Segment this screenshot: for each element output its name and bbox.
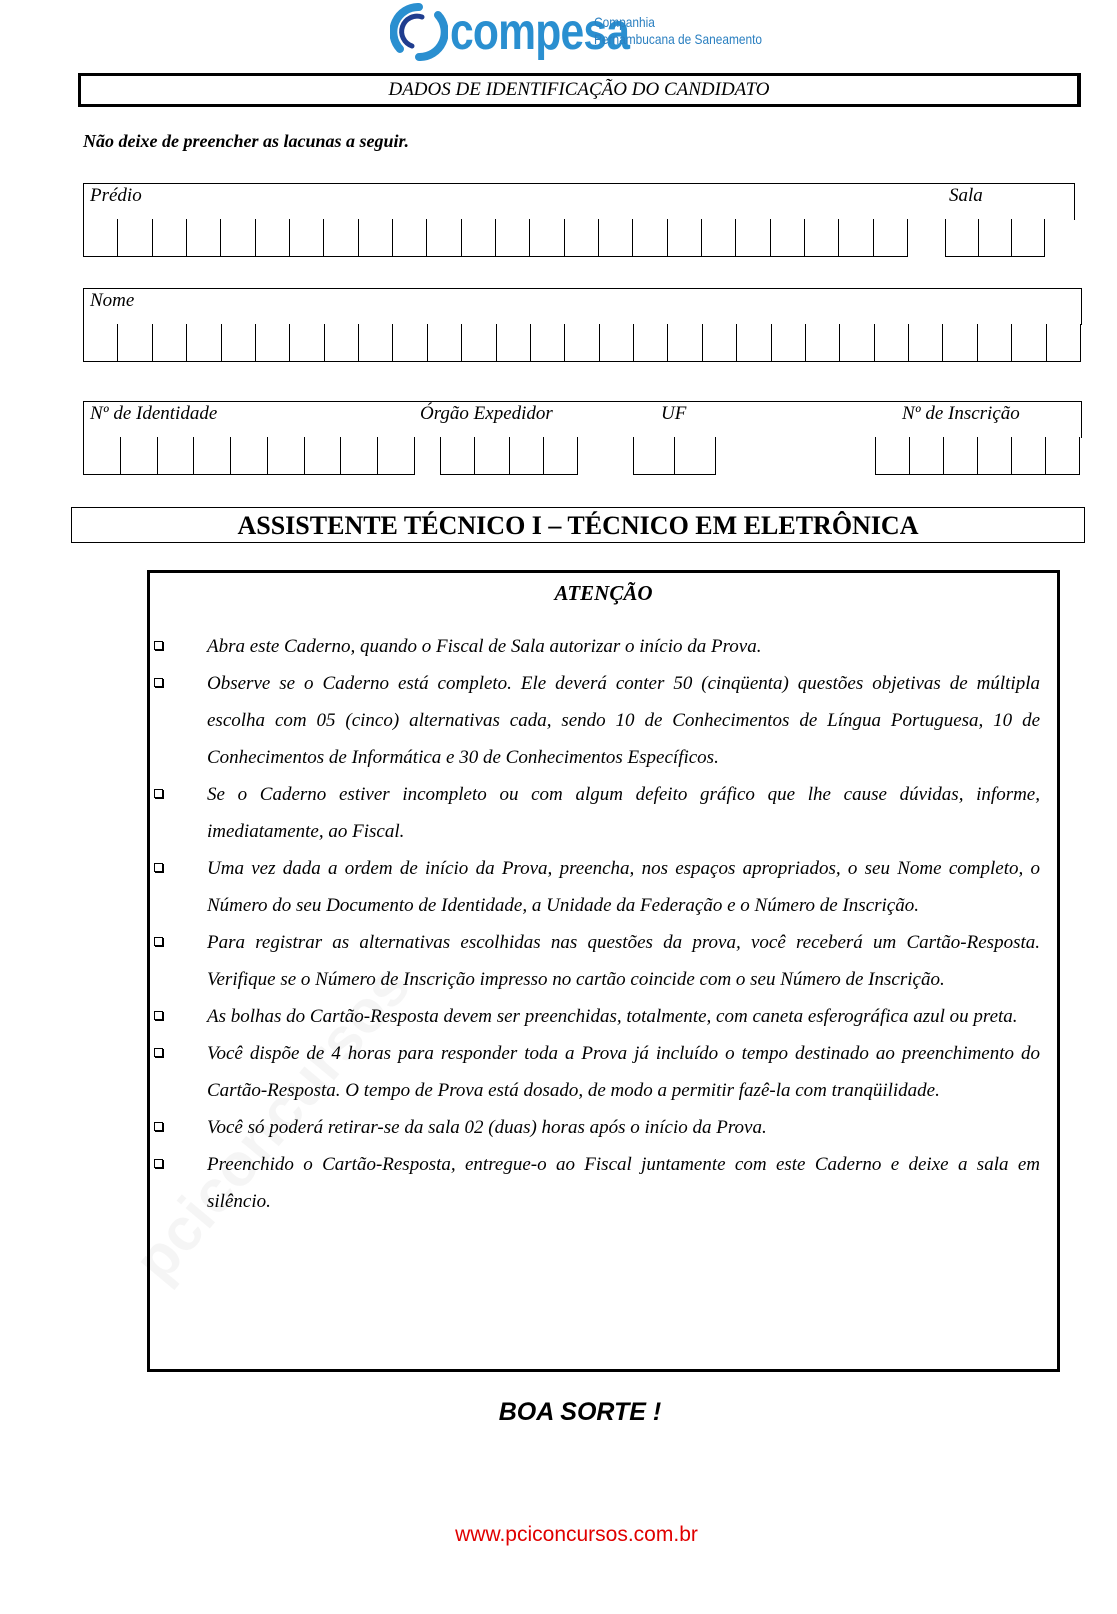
character-cell[interactable] — [942, 324, 976, 361]
orgao-input[interactable] — [440, 437, 578, 475]
character-cell[interactable] — [770, 219, 804, 256]
character-cell[interactable] — [230, 437, 267, 474]
checkbox-bullet-icon — [154, 1159, 163, 1168]
character-cell[interactable] — [186, 324, 220, 361]
character-cell[interactable] — [632, 219, 666, 256]
character-cell[interactable] — [1011, 324, 1045, 361]
character-cell[interactable] — [83, 437, 120, 474]
character-cell[interactable] — [564, 219, 598, 256]
character-cell[interactable] — [509, 437, 543, 474]
checkbox-bullet-icon — [154, 641, 163, 650]
character-cell[interactable] — [323, 219, 357, 256]
checkbox-bullet-icon — [154, 789, 163, 798]
character-cell[interactable] — [495, 219, 529, 256]
character-cell[interactable] — [633, 437, 674, 474]
character-cell[interactable] — [945, 219, 978, 256]
character-cell[interactable] — [805, 324, 839, 361]
nome-box — [83, 288, 1082, 325]
character-cell[interactable] — [839, 324, 873, 361]
attention-title: ATENÇÃO — [150, 581, 1057, 606]
character-cell[interactable] — [358, 219, 392, 256]
character-cell[interactable] — [426, 219, 460, 256]
character-cell[interactable] — [633, 324, 667, 361]
attention-item: Abra este Caderno, quando o Fiscal de Sa… — [150, 628, 1050, 665]
section-title-box: DADOS DE IDENTIFICAÇÃO DO CANDIDATO — [78, 73, 1081, 107]
character-cell[interactable] — [220, 219, 254, 256]
attention-box: ATENÇÃO Abra este Caderno, quando o Fisc… — [147, 570, 1060, 1372]
checkbox-bullet-icon — [154, 678, 163, 687]
character-cell[interactable] — [221, 324, 255, 361]
predio-input[interactable] — [83, 219, 908, 257]
character-cell[interactable] — [117, 219, 151, 256]
attention-item: Se o Caderno estiver incompleto ou com a… — [150, 776, 1050, 850]
character-cell[interactable] — [377, 437, 415, 474]
character-cell[interactable] — [193, 437, 230, 474]
character-cell[interactable] — [674, 437, 716, 474]
fill-instruction: Não deixe de preencher as lacunas a segu… — [83, 131, 409, 152]
character-cell[interactable] — [598, 219, 632, 256]
attention-item-text: Abra este Caderno, quando o Fiscal de Sa… — [207, 636, 761, 657]
attention-item-text: Uma vez dada a ordem de início da Prova,… — [207, 858, 1040, 916]
character-cell[interactable] — [1046, 324, 1081, 361]
character-cell[interactable] — [427, 324, 461, 361]
character-cell[interactable] — [461, 219, 495, 256]
character-cell[interactable] — [667, 324, 701, 361]
exam-title-box: ASSISTENTE TÉCNICO I – TÉCNICO EM ELETRÔ… — [71, 507, 1085, 543]
character-cell[interactable] — [152, 219, 186, 256]
character-cell[interactable] — [186, 219, 220, 256]
attention-item-text: Observe se o Caderno está completo. Ele … — [207, 673, 1040, 768]
character-cell[interactable] — [117, 324, 151, 361]
logo-subtitle-line2: Pernambucana de Saneamento — [594, 31, 762, 48]
character-cell[interactable] — [804, 219, 838, 256]
character-cell[interactable] — [1011, 219, 1045, 256]
character-cell[interactable] — [340, 437, 377, 474]
character-cell[interactable] — [874, 324, 908, 361]
attention-item: Observe se o Caderno está completo. Ele … — [150, 665, 1050, 776]
character-cell[interactable] — [1011, 437, 1045, 474]
character-cell[interactable] — [599, 324, 633, 361]
inscricao-label: Nº de Inscrição — [902, 403, 1020, 425]
character-cell[interactable] — [255, 324, 289, 361]
checkbox-bullet-icon — [154, 1011, 163, 1020]
character-cell[interactable] — [736, 324, 770, 361]
character-cell[interactable] — [977, 437, 1011, 474]
compesa-logo-icon — [390, 3, 448, 61]
character-cell[interactable] — [667, 219, 701, 256]
character-cell[interactable] — [289, 324, 323, 361]
character-cell[interactable] — [496, 324, 530, 361]
character-cell[interactable] — [977, 324, 1011, 361]
character-cell[interactable] — [392, 324, 426, 361]
sala-input[interactable] — [945, 219, 1045, 257]
character-cell[interactable] — [943, 437, 977, 474]
attention-item: As bolhas do Cartão-Resposta devem ser p… — [150, 998, 1050, 1035]
character-cell[interactable] — [875, 437, 909, 474]
predio-sala-box — [83, 183, 1075, 220]
character-cell[interactable] — [529, 219, 563, 256]
character-cell[interactable] — [461, 324, 495, 361]
exam-title: ASSISTENTE TÉCNICO I – TÉCNICO EM ELETRÔ… — [237, 511, 918, 540]
character-cell[interactable] — [564, 324, 598, 361]
character-cell[interactable] — [157, 437, 194, 474]
character-cell[interactable] — [771, 324, 805, 361]
character-cell[interactable] — [324, 324, 358, 361]
character-cell[interactable] — [120, 437, 157, 474]
logo-subtitle: Companhia Pernambucana de Saneamento — [594, 14, 762, 48]
character-cell[interactable] — [702, 324, 736, 361]
character-cell[interactable] — [83, 219, 117, 256]
attention-item-text: Para registrar as alternativas escolhida… — [207, 932, 1040, 990]
checkbox-bullet-icon — [154, 937, 163, 946]
character-cell[interactable] — [474, 437, 508, 474]
character-cell[interactable] — [83, 324, 117, 361]
sala-label: Sala — [949, 185, 983, 207]
nome-input[interactable] — [83, 324, 1081, 362]
logo-subtitle-line1: Companhia — [594, 14, 762, 31]
identidade-input[interactable] — [83, 437, 415, 475]
checkbox-bullet-icon — [154, 863, 163, 872]
uf-input[interactable] — [633, 437, 716, 475]
character-cell[interactable] — [978, 219, 1011, 256]
character-cell[interactable] — [267, 437, 304, 474]
character-cell[interactable] — [873, 219, 908, 256]
checkbox-bullet-icon — [154, 1048, 163, 1057]
character-cell[interactable] — [701, 219, 735, 256]
character-cell[interactable] — [909, 437, 943, 474]
character-cell[interactable] — [838, 219, 872, 256]
attention-item-text: Preenchido o Cartão-Resposta, entregue-o… — [207, 1154, 1040, 1212]
character-cell[interactable] — [152, 324, 186, 361]
footer-url[interactable]: www.pciconcursos.com.br — [0, 1523, 1117, 1547]
character-cell[interactable] — [392, 219, 426, 256]
good-luck-text: BOA SORTE ! — [0, 1398, 1117, 1427]
character-cell[interactable] — [440, 437, 474, 474]
uf-label: UF — [661, 403, 686, 425]
predio-label: Prédio — [90, 185, 142, 207]
character-cell[interactable] — [735, 219, 769, 256]
attention-item: Uma vez dada a ordem de início da Prova,… — [150, 850, 1050, 924]
inscricao-input[interactable] — [875, 437, 1080, 475]
attention-item-text: Se o Caderno estiver incompleto ou com a… — [207, 784, 1040, 842]
character-cell[interactable] — [908, 324, 942, 361]
character-cell[interactable] — [358, 324, 392, 361]
character-cell[interactable] — [543, 437, 578, 474]
attention-item: Para registrar as alternativas escolhida… — [150, 924, 1050, 998]
identidade-label: Nº de Identidade — [90, 403, 217, 425]
nome-label: Nome — [90, 290, 134, 312]
character-cell[interactable] — [530, 324, 564, 361]
character-cell[interactable] — [304, 437, 341, 474]
section-title: DADOS DE IDENTIFICAÇÃO DO CANDIDATO — [388, 79, 769, 100]
orgao-label: Órgão Expedidor — [420, 403, 553, 425]
character-cell[interactable] — [255, 219, 289, 256]
character-cell[interactable] — [289, 219, 323, 256]
checkbox-bullet-icon — [154, 1122, 163, 1131]
character-cell[interactable] — [1045, 437, 1080, 474]
